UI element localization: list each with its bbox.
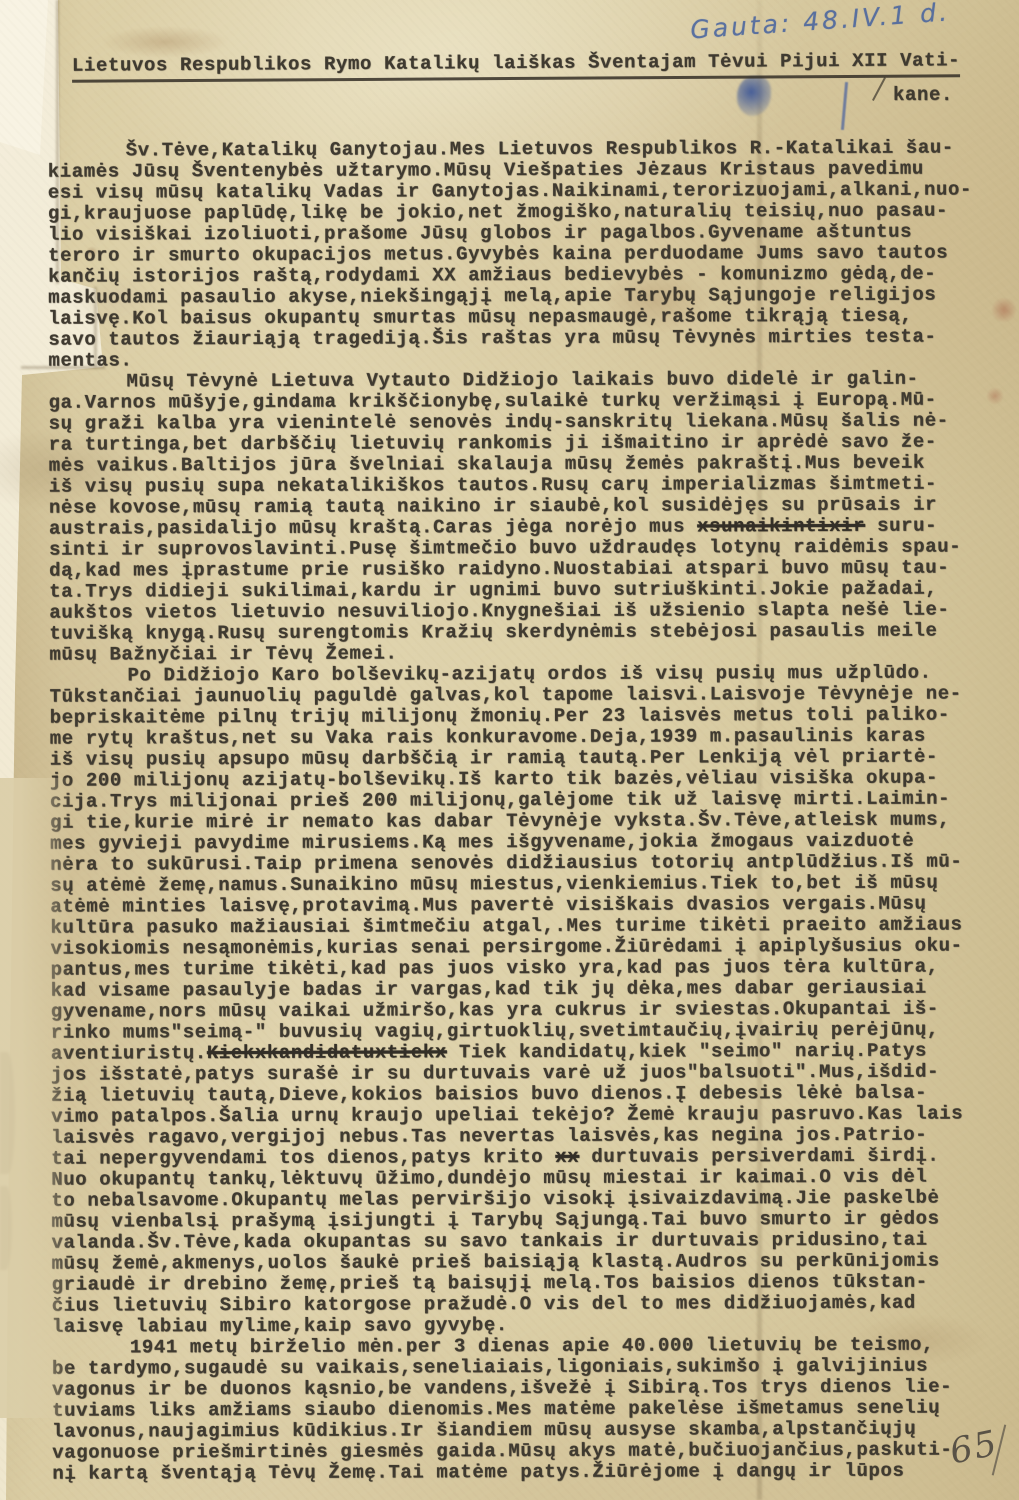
torn-corner-backing	[0, 0, 48, 160]
text-line: savo tautos žiauriąją tragediją.Šis rašt…	[48, 326, 1011, 350]
text-line: nį kartą šventąją Tėvų Žemę.Tai matėme p…	[52, 1460, 1015, 1484]
document-page: Gauta: 48.IV.1 d. Lietuvos Respublikos R…	[0, 0, 1019, 1500]
overstruck-text: xsunaikintixir	[697, 515, 865, 538]
document-title-continuation: kane.	[893, 84, 953, 106]
paragraph: Šv.Tėve,Katalikų Ganytojau.Mes Lietuvos …	[48, 137, 1012, 371]
paragraph: 1941 metų birželio mėn.per 3 dienas apie…	[52, 1334, 1016, 1484]
edge-stain	[0, 1052, 15, 1174]
paragraph: Mūsų Tėvynė Lietuva Vytauto Didžiojo lai…	[48, 368, 1012, 665]
document-title: Lietuvos Respublikos Rymo Katalikų laišk…	[72, 49, 960, 82]
text-line: čius lietuvių Sibiro katorgose pražudė.O…	[52, 1292, 1015, 1316]
paragraph: Po Didžiojo Karo bolševikų-azijatų ordos…	[49, 662, 1014, 1337]
text-line: tuvišką knygą.Rusų surengtomis Kražių sk…	[49, 620, 1012, 644]
overstruck-text: Kiekxkandidatuxtiekx	[207, 1041, 447, 1064]
overstruck-text: xx	[555, 1146, 579, 1168]
letter-body: Šv.Tėve,Katalikų Ganytojau.Mes Lietuvos …	[48, 137, 1016, 1484]
